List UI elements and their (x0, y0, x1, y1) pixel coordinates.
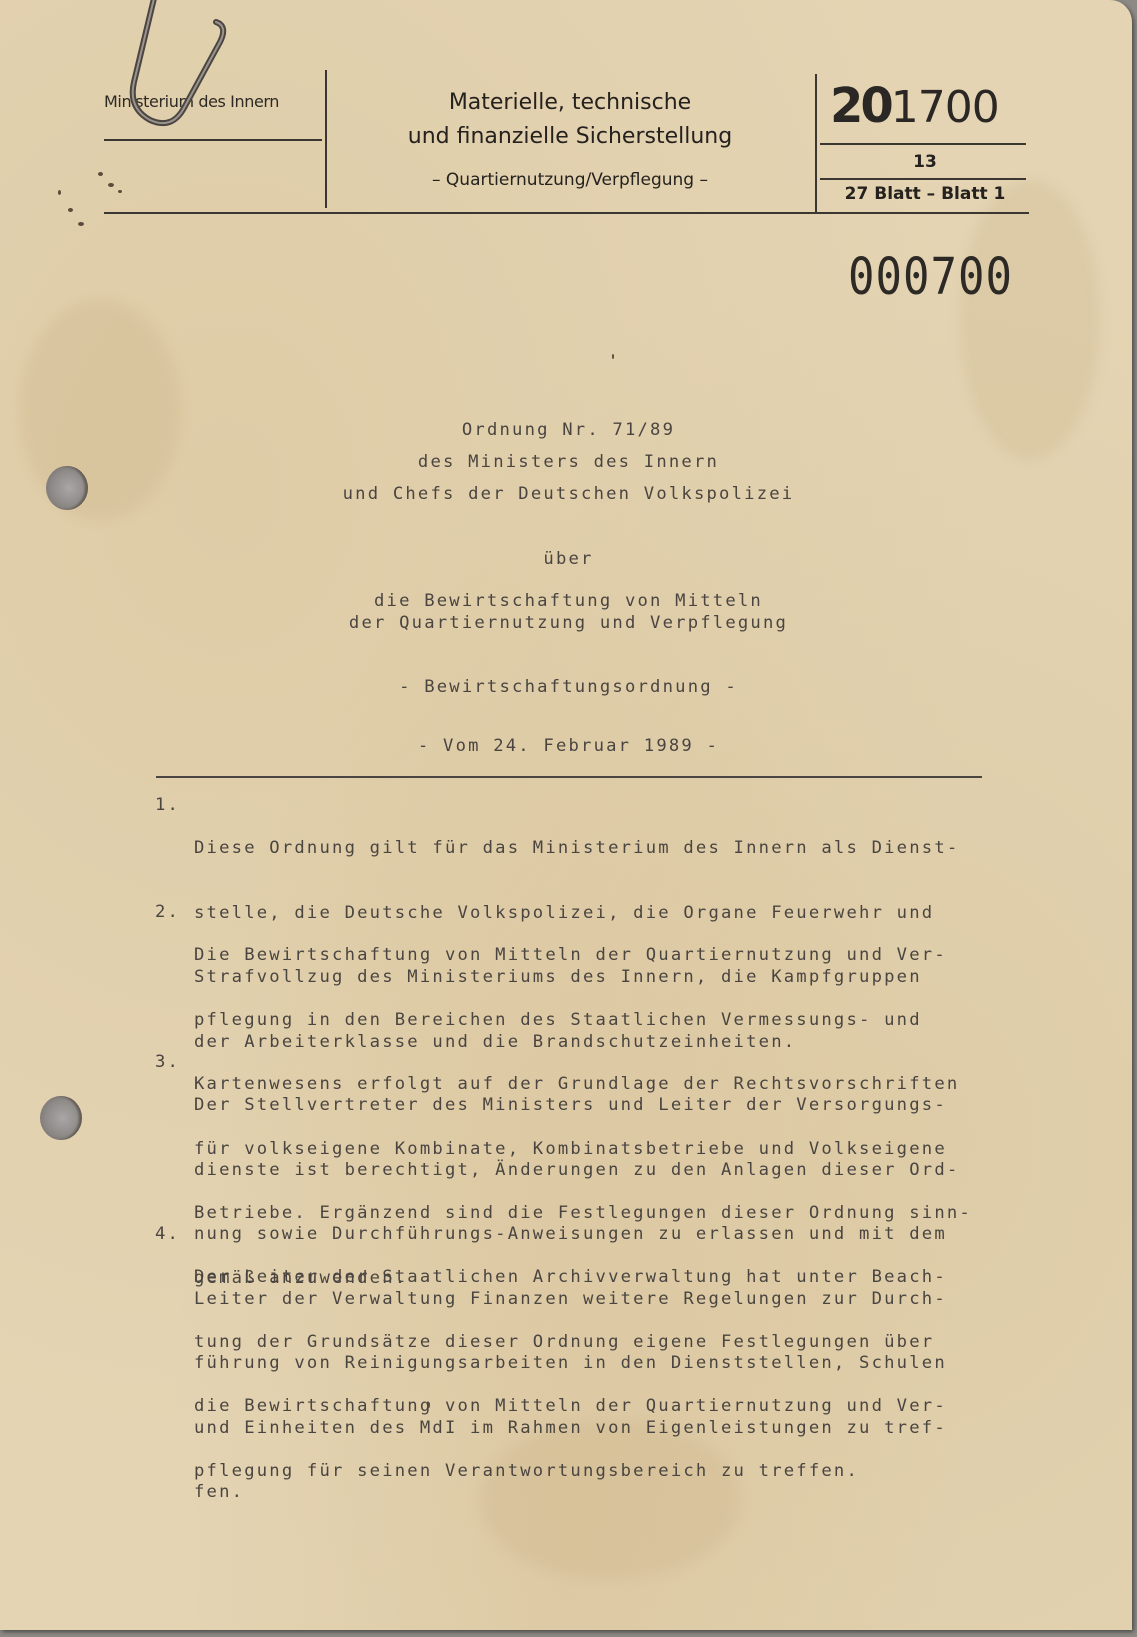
order-number: Ordnung Nr. 71/89 (0, 420, 1137, 440)
paragraph-line: dienste ist berechtigt, Änderungen zu de… (194, 1160, 959, 1182)
paragraph-number: 1. (155, 795, 180, 815)
ink-speck (118, 190, 122, 193)
short-title: - Bewirtschaftungsordnung - (0, 677, 1137, 697)
paragraph-4: 4. Der Leiter der Staatlichen Archivverw… (155, 1224, 205, 1304)
subject-line1: die Bewirtschaftung von Mitteln (0, 591, 1137, 611)
paragraph-line: Diese Ordnung gilt für das Ministerium d… (194, 838, 959, 860)
header-title-line2: und finanzielle Sicherstellung (330, 124, 810, 149)
paragraph-1: 1. Diese Ordnung gilt für das Ministeriu… (155, 795, 205, 875)
ink-speck (428, 1402, 430, 1408)
punch-hole-top (46, 466, 88, 510)
reference-rule-2 (820, 178, 1026, 180)
reference-rule-1 (820, 143, 1026, 145)
issuer-line1: des Ministers des Innern (0, 452, 1137, 472)
sheet-info: 27 Blatt – Blatt 1 (820, 184, 1030, 204)
about-word: über (0, 549, 1137, 569)
paragraph-3: 3. Der Stellvertreter des Ministers und … (155, 1052, 205, 1132)
paperclip-icon (128, 0, 238, 140)
paragraph-number: 3. (155, 1052, 180, 1072)
title-divider (156, 776, 982, 778)
ink-speck (58, 190, 61, 195)
reference-sub-number: 13 (820, 152, 1030, 172)
punch-hole-bottom (40, 1096, 82, 1140)
header-title-line1: Materielle, technische (330, 90, 810, 115)
reference-code-minor: 1700 (891, 82, 999, 133)
paragraph-line: pflegung für seinen Verantwortungsbereic… (194, 1461, 947, 1483)
paragraph-line: die Bewirtschaftung von Mitteln der Quar… (194, 1396, 947, 1418)
paragraph-2: 2. Die Bewirtschaftung von Mitteln der Q… (155, 902, 205, 982)
paragraph-line: Der Stellvertreter des Ministers und Lei… (194, 1095, 959, 1117)
paragraph-line: Der Leiter der Staatlichen Archivverwalt… (194, 1267, 947, 1289)
paragraph-line: Die Bewirtschaftung von Mitteln der Quar… (194, 945, 972, 967)
header-subtitle: – Quartiernutzung/Verpflegung – (330, 170, 810, 190)
paragraph-number: 2. (155, 902, 180, 922)
header-bottom-rule (104, 212, 1029, 214)
paragraph-line: pflegung in den Bereichen des Staatliche… (194, 1010, 972, 1032)
document-page: Ministerium des Innern Materielle, techn… (0, 0, 1132, 1630)
reference-code: 201700 (830, 78, 999, 134)
ink-speck (78, 222, 84, 226)
document-date: - Vom 24. Februar 1989 - (0, 736, 1137, 756)
header-divider-right (815, 74, 817, 212)
paper-stain (960, 180, 1100, 460)
header-divider-left (325, 70, 327, 208)
issuer-line2: und Chefs der Deutschen Volkspolizei (0, 484, 1137, 504)
paragraph-number: 4. (155, 1224, 180, 1244)
ink-speck (612, 354, 614, 359)
ink-speck (108, 183, 114, 187)
ink-speck (68, 208, 73, 212)
reference-code-major: 20 (830, 78, 891, 134)
subject-line2: der Quartiernutzung und Verpflegung (0, 613, 1137, 633)
ink-speck (98, 172, 103, 176)
paragraph-line: tung der Grundsätze dieser Ordnung eigen… (194, 1332, 947, 1354)
stamp-number: 000700 (848, 248, 1013, 307)
